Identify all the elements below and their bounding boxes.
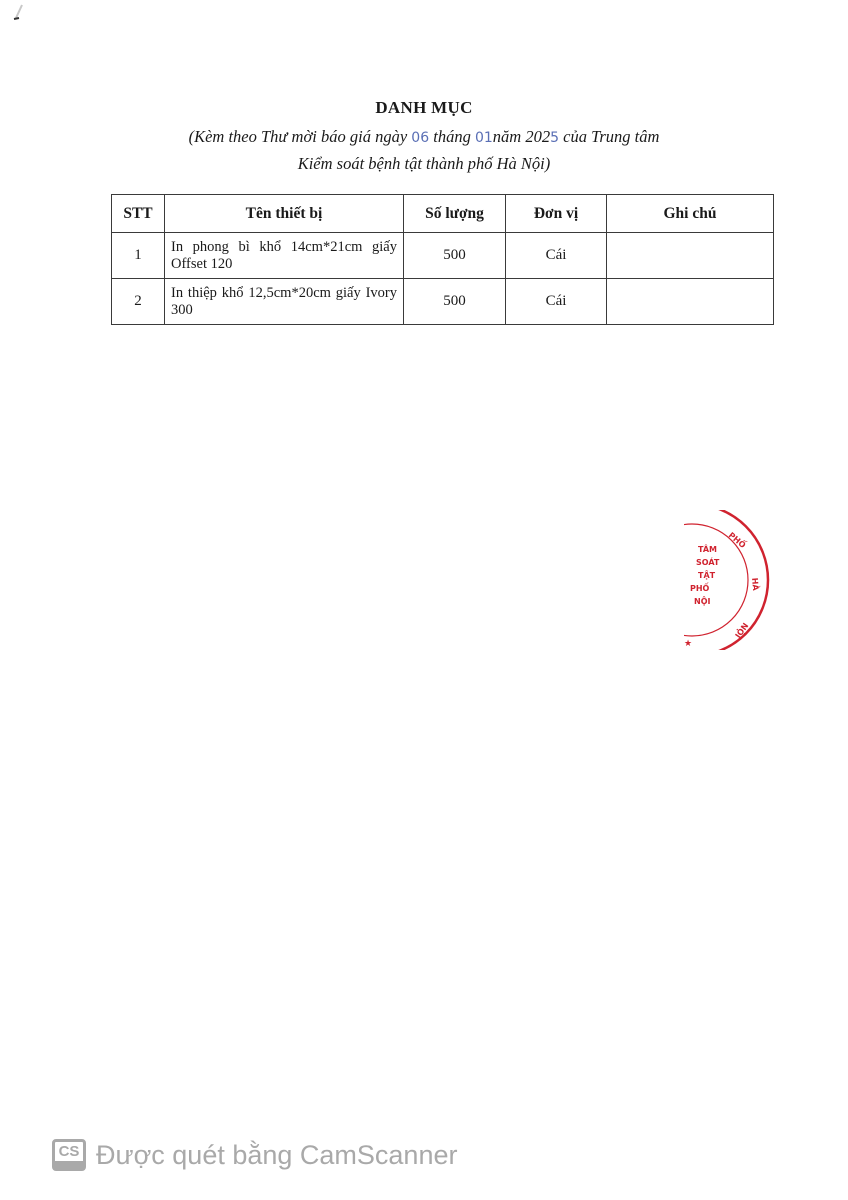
svg-text:HÀ: HÀ: [750, 577, 762, 592]
header-note: Ghi chú: [607, 195, 774, 233]
svg-text:SOÁT: SOÁT: [696, 556, 720, 567]
camscanner-text: Được quét bằng CamScanner: [96, 1140, 457, 1171]
subtitle-prefix: (Kèm theo Thư mời báo giá ngày: [189, 127, 408, 146]
cell-note: [607, 279, 774, 325]
header-name: Tên thiết bị: [165, 195, 404, 233]
subtitle-year-label: năm 202: [493, 127, 550, 146]
cell-quantity: 500: [404, 279, 506, 325]
header-unit: Đơn vị: [506, 195, 607, 233]
header-quantity: Số lượng: [404, 195, 506, 233]
table-row: 1 In phong bì khổ 14cm*21cm giấy Offset …: [112, 233, 774, 279]
subtitle-line-1: (Kèm theo Thư mời báo giá ngày 06 tháng …: [0, 124, 848, 151]
svg-text:★: ★: [684, 639, 692, 649]
scan-artifact-mark: [12, 4, 26, 24]
header-stt: STT: [112, 195, 165, 233]
document-subtitle: (Kèm theo Thư mời báo giá ngày 06 tháng …: [0, 124, 848, 177]
svg-text:PHỐ: PHỐ: [690, 581, 710, 593]
cell-unit: Cái: [506, 279, 607, 325]
subtitle-suffix: của Trung tâm: [563, 127, 659, 146]
camscanner-watermark: CS Được quét bằng CamScanner: [52, 1138, 457, 1172]
table-header-row: STT Tên thiết bị Số lượng Đơn vị Ghi chú: [112, 195, 774, 233]
items-table: STT Tên thiết bị Số lượng Đơn vị Ghi chú…: [111, 194, 774, 325]
subtitle-month-label: tháng: [433, 127, 471, 146]
cell-name: In phong bì khổ 14cm*21cm giấy Offset 12…: [165, 233, 404, 279]
cell-note: [607, 233, 774, 279]
handwritten-year-digit: 5: [550, 130, 559, 146]
cell-stt: 1: [112, 233, 165, 279]
subtitle-line-2: Kiểm soát bệnh tật thành phố Hà Nội): [0, 151, 848, 177]
official-seal-stamp: PHỐ HÀ NỘI TÂM SOÁT TẬT PHỐ NỘI ★: [684, 510, 774, 650]
svg-text:PHỐ: PHỐ: [727, 528, 750, 550]
handwritten-month: 01: [475, 130, 493, 146]
cell-unit: Cái: [506, 233, 607, 279]
svg-text:TÂM: TÂM: [698, 543, 717, 554]
document-title: DANH MỤC: [0, 98, 848, 118]
cell-quantity: 500: [404, 233, 506, 279]
handwritten-day: 06: [411, 130, 429, 146]
svg-text:TẬT: TẬT: [698, 570, 716, 580]
cell-name: In thiệp khổ 12,5cm*20cm giấy Ivory 300: [165, 279, 404, 325]
camscanner-logo-icon: CS: [52, 1139, 86, 1171]
table-row: 2 In thiệp khổ 12,5cm*20cm giấy Ivory 30…: [112, 279, 774, 325]
svg-text:NỘI: NỘI: [694, 596, 710, 606]
cell-stt: 2: [112, 279, 165, 325]
